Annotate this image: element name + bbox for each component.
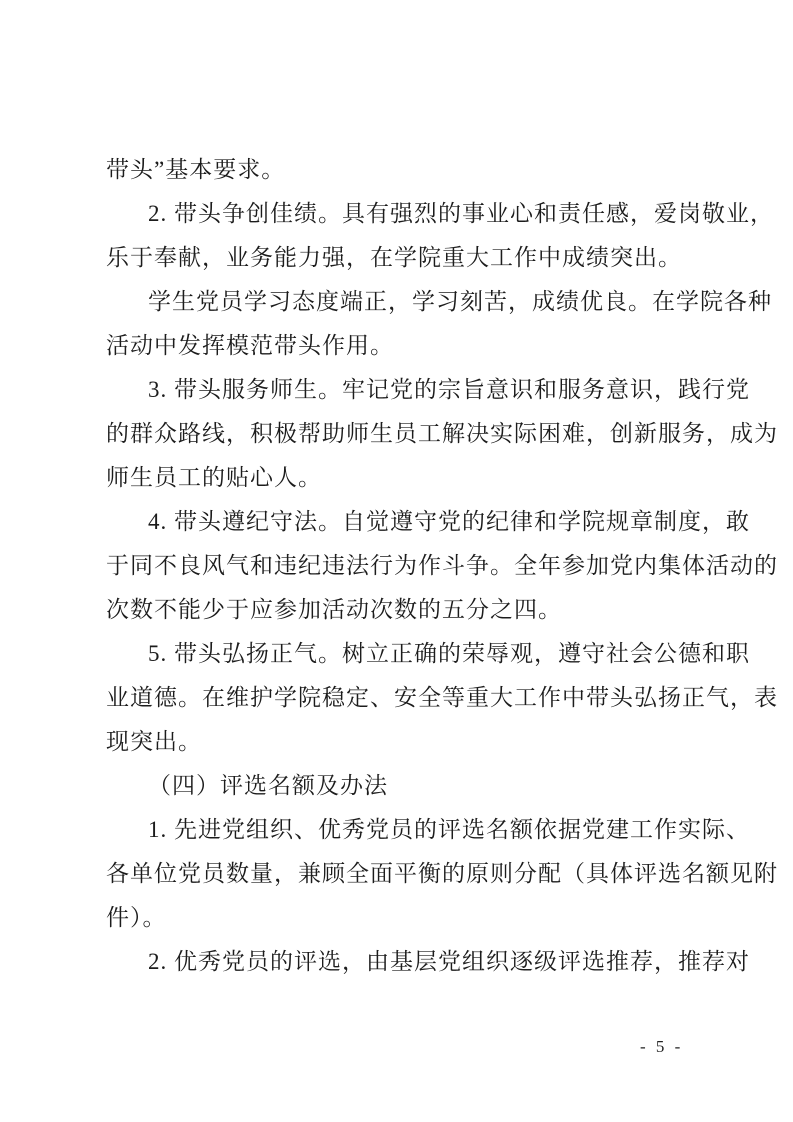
page-number: - 5 - bbox=[640, 1036, 710, 1058]
doc-line-10: 于同不良风气和违纪违法行为作斗争。全年参加党内集体活动的 bbox=[106, 544, 708, 588]
doc-line-4: 学生党员学习态度端正，学习刻苦，成绩优良。在学院各种 bbox=[106, 280, 708, 324]
doc-line-3: 乐于奉献，业务能力强，在学院重大工作中成绩突出。 bbox=[106, 236, 708, 280]
doc-line-6: 3. 带头服务师生。牢记党的宗旨意识和服务意识，践行党 bbox=[106, 368, 708, 412]
doc-line-18: 件）。 bbox=[106, 896, 708, 940]
doc-line-13: 业道德。在维护学院稳定、安全等重大工作中带头弘扬正气，表 bbox=[106, 676, 708, 720]
document-body-text: 带头”基本要求。 2. 带头争创佳绩。具有强烈的事业心和责任感，爱岗敬业， 乐于… bbox=[106, 148, 708, 984]
doc-line-8: 师生员工的贴心人。 bbox=[106, 456, 708, 500]
doc-line-12: 5. 带头弘扬正气。树立正确的荣辱观，遵守社会公德和职 bbox=[106, 632, 708, 676]
doc-line-11: 次数不能少于应参加活动次数的五分之四。 bbox=[106, 588, 708, 632]
doc-line-16: 1. 先进党组织、优秀党员的评选名额依据党建工作实际、 bbox=[106, 808, 708, 852]
doc-line-14: 现突出。 bbox=[106, 720, 708, 764]
doc-line-17: 各单位党员数量，兼顾全面平衡的原则分配（具体评选名额见附 bbox=[106, 852, 708, 896]
doc-line-9: 4. 带头遵纪守法。自觉遵守党的纪律和学院规章制度，敢 bbox=[106, 500, 708, 544]
doc-line-7: 的群众路线，积极帮助师生员工解决实际困难，创新服务，成为 bbox=[106, 412, 708, 456]
doc-line-1: 带头”基本要求。 bbox=[106, 148, 708, 192]
document-page: 带头”基本要求。 2. 带头争创佳绩。具有强烈的事业心和责任感，爱岗敬业， 乐于… bbox=[0, 0, 793, 1122]
doc-line-5: 活动中发挥模范带头作用。 bbox=[106, 324, 708, 368]
doc-line-19: 2. 优秀党员的评选，由基层党组织逐级评选推荐，推荐对 bbox=[106, 940, 708, 984]
doc-line-15: （四）评选名额及办法 bbox=[106, 764, 708, 808]
doc-line-2: 2. 带头争创佳绩。具有强烈的事业心和责任感，爱岗敬业， bbox=[106, 192, 708, 236]
